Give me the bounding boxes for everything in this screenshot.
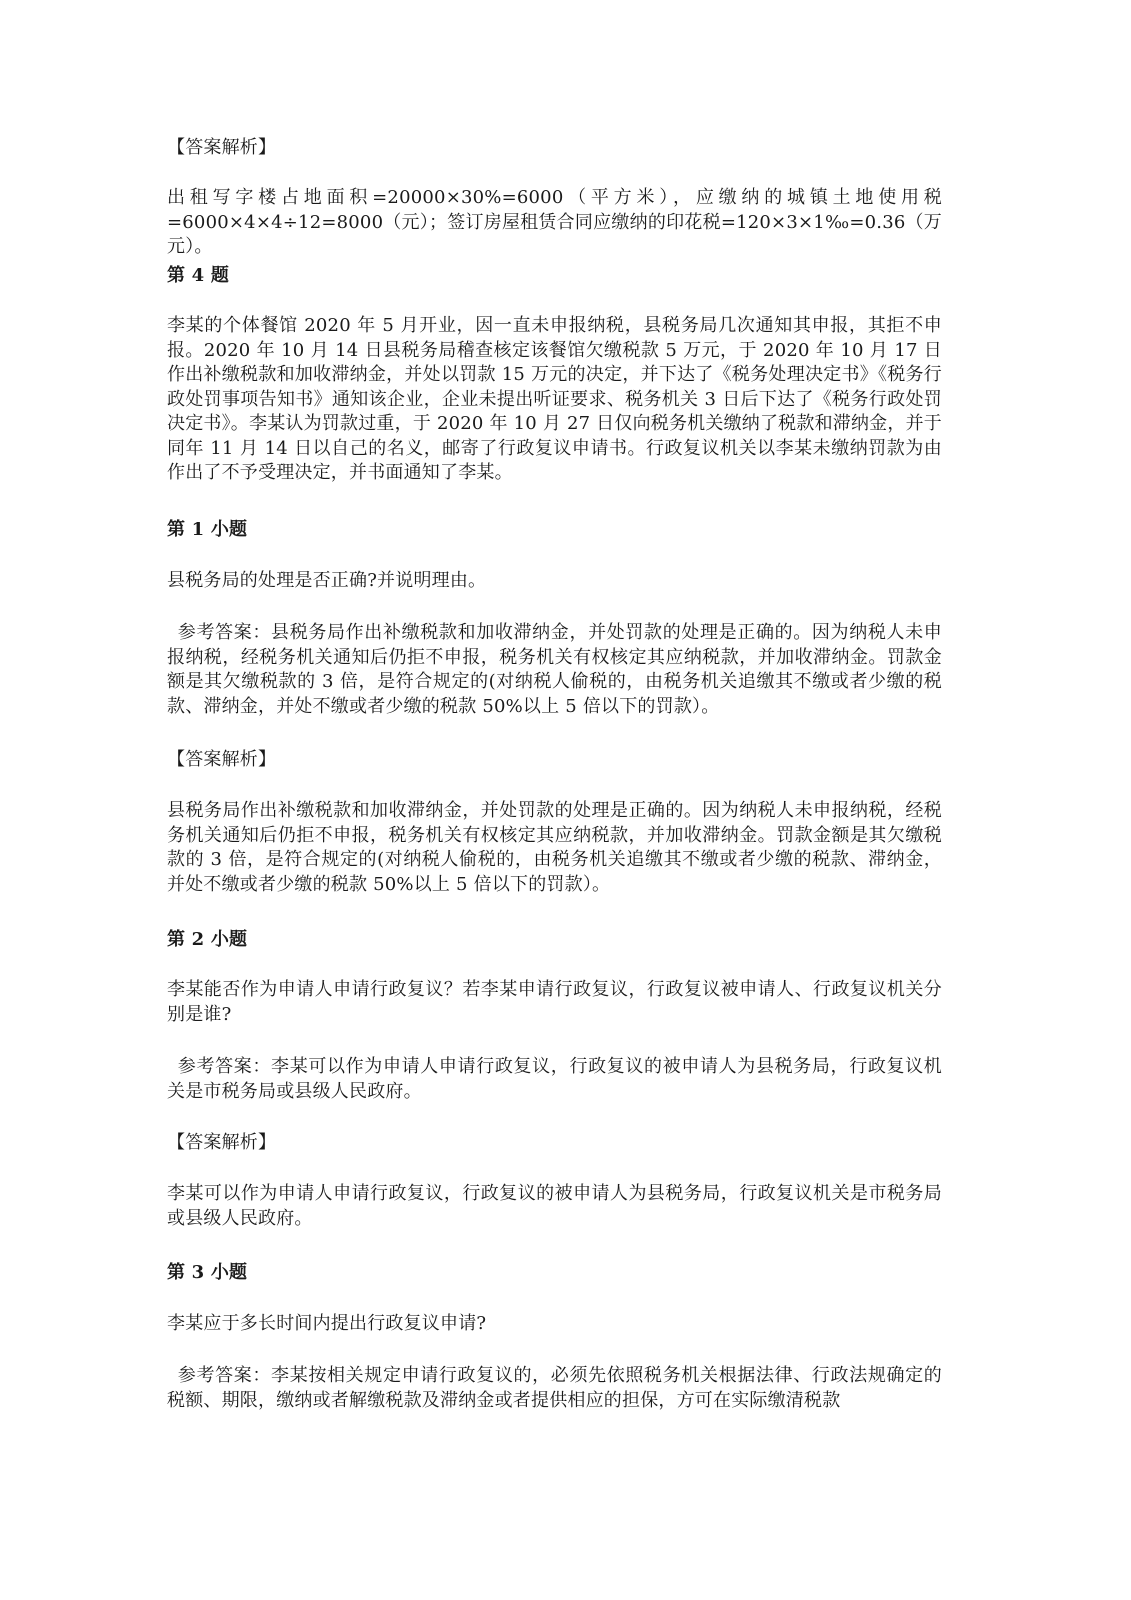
subquestion-heading: 第 3 小题 — [167, 1261, 942, 1286]
subquestion-heading: 第 2 小题 — [167, 928, 942, 953]
subquestion-text: 李某应于多长时间内提出行政复议申请? — [167, 1312, 942, 1337]
subquestion-text: 李某能否作为申请人申请行政复议？若李某申请行政复议，行政复议被申请人、行政复议机… — [167, 978, 942, 1027]
answer-analysis-label: 【答案解析】 — [167, 136, 942, 161]
subquestion-heading: 第 1 小题 — [167, 518, 942, 543]
reference-answer: 参考答案：李某按相关规定申请行政复议的，必须先依照税务机关根据法律、行政法规确定… — [167, 1364, 942, 1413]
analysis-paragraph: 出租写字楼占地面积=20000×30%=6000（平方米），应缴纳的城镇土地使用… — [167, 186, 942, 260]
subquestion-text: 县税务局的处理是否正确?并说明理由。 — [167, 569, 942, 594]
answer-analysis-label: 【答案解析】 — [167, 1131, 942, 1156]
analysis-paragraph: 李某可以作为申请人申请行政复议，行政复议的被申请人为县税务局，行政复议机关是市税… — [167, 1182, 942, 1231]
question-body: 李某的个体餐馆 2020 年 5 月开业，因一直未申报纳税，县税务局几次通知其申… — [167, 314, 942, 486]
reference-answer: 参考答案：李某可以作为申请人申请行政复议，行政复议的被申请人为县税务局，行政复议… — [167, 1055, 942, 1104]
analysis-paragraph: 县税务局作出补缴税款和加收滞纳金，并处罚款的处理是正确的。因为纳税人未申报纳税，… — [167, 799, 942, 897]
answer-analysis-label: 【答案解析】 — [167, 748, 942, 773]
question-heading: 第 4 题 — [167, 264, 942, 289]
reference-answer: 参考答案：县税务局作出补缴税款和加收滞纳金，并处罚款的处理是正确的。因为纳税人未… — [167, 621, 942, 719]
